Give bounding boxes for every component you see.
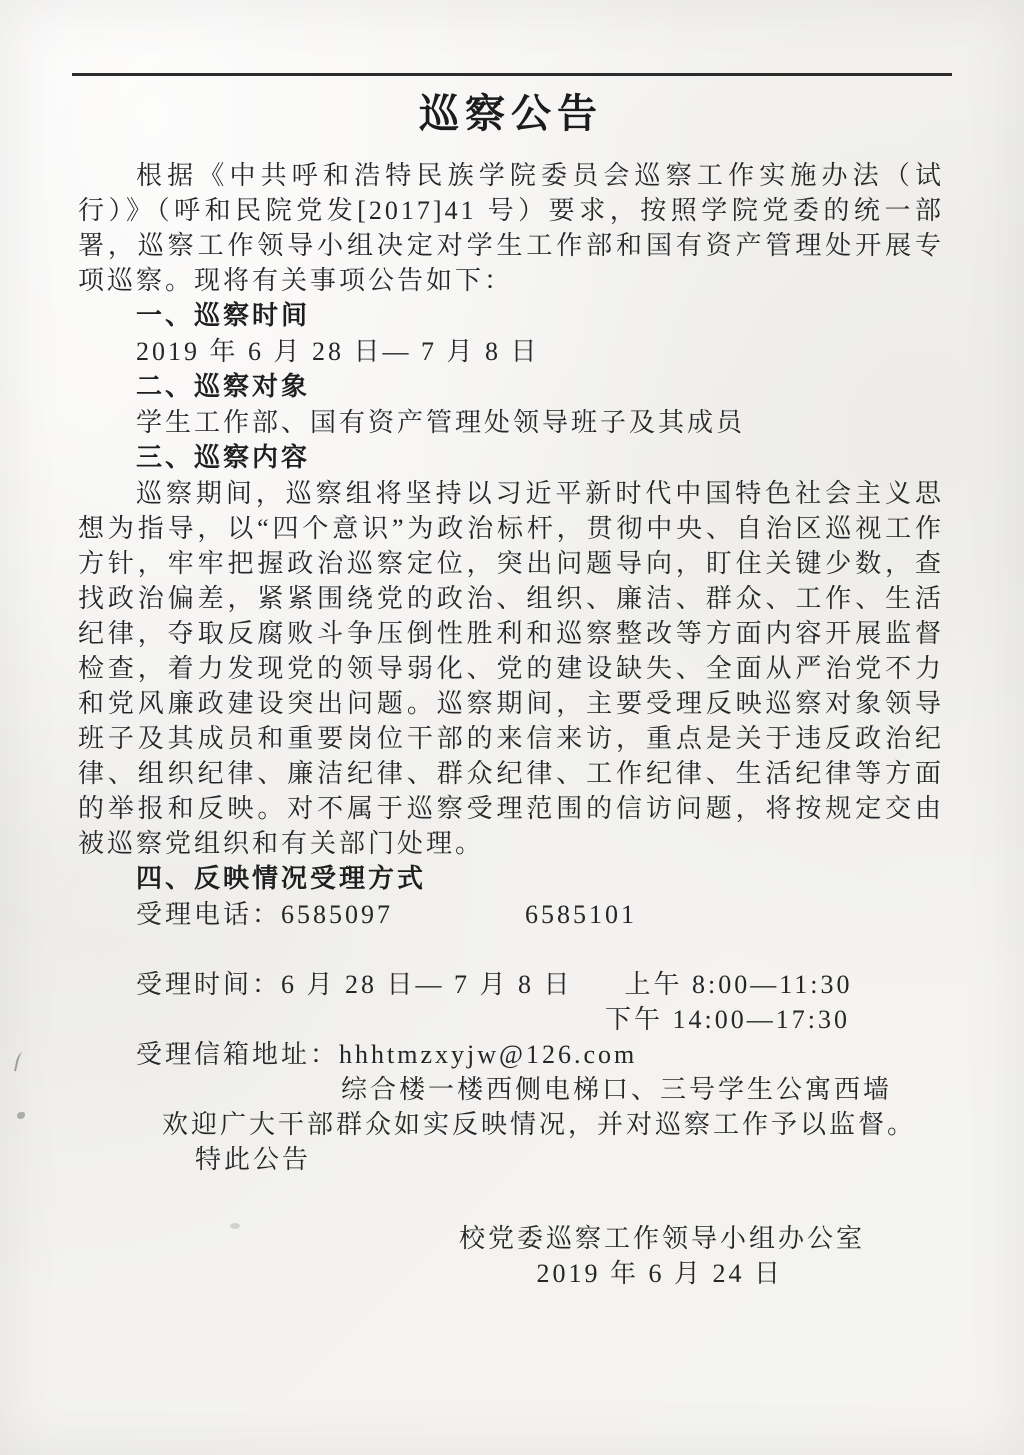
signature-date: 2019 年 6 月 24 日 <box>78 1256 944 1291</box>
email-address: hhhtmzxyjw@126.com <box>339 1040 637 1069</box>
inspection-target: 学生工作部、国有资产管理处领导班子及其成员 <box>78 405 944 440</box>
section-1-heading: 一、巡察时间 <box>78 298 944 334</box>
phone-number-1: 6585097 <box>281 900 393 929</box>
email-label: 受理信箱地址： <box>136 1040 339 1069</box>
section-4-heading: 四、反映情况受理方式 <box>78 861 944 897</box>
section-3-heading: 三、巡察内容 <box>78 440 944 476</box>
signature-office: 校党委巡察工作领导小组办公室 <box>78 1221 944 1256</box>
mailbox-location-line: 综合楼一楼西侧电梯口、三号学生公寓西墙 <box>78 1072 944 1107</box>
scanned-announcement-page: 巡察公告 根据《中共呼和浩特民族学院委员会巡察工作实施办法（试行）》（呼和民院党… <box>0 0 1024 1455</box>
phone-line: 受理电话：65850976585101 <box>78 897 944 932</box>
phone-label: 受理电话： <box>136 900 281 929</box>
time-morning: 上午 8:00—11:30 <box>625 970 853 999</box>
page-title: 巡察公告 <box>78 86 944 142</box>
intro-paragraph: 根据《中共呼和浩特民族学院委员会巡察工作实施办法（试行）》（呼和民院党发[201… <box>78 158 944 298</box>
section-2-heading: 二、巡察对象 <box>78 369 944 405</box>
notice-line: 特此公告 <box>78 1142 944 1177</box>
phone-number-2: 6585101 <box>525 900 637 929</box>
time-range: 6 月 28 日— 7 月 8 日 <box>281 970 573 999</box>
email-line: 受理信箱地址：hhhtmzxyjw@126.com <box>78 1037 944 1072</box>
time-label: 受理时间： <box>136 970 281 999</box>
inspection-content-paragraph: 巡察期间，巡察组将坚持以习近平新时代中国特色社会主义思想为指导，以“四个意识”为… <box>78 476 944 861</box>
welcome-line: 欢迎广大干部群众如实反映情况，并对巡察工作予以监督。 <box>78 1107 944 1142</box>
blank-line-gap <box>78 932 944 967</box>
document-content: 巡察公告 根据《中共呼和浩特民族学院委员会巡察工作实施办法（试行）》（呼和民院党… <box>0 0 1024 1291</box>
inspection-period: 2019 年 6 月 28 日— 7 月 8 日 <box>78 334 944 369</box>
scan-artifact-smudge <box>230 1223 240 1229</box>
signature-block: 校党委巡察工作领导小组办公室 2019 年 6 月 24 日 <box>78 1221 944 1291</box>
time-afternoon-line: 下午 14:00—17:30 <box>78 1002 944 1037</box>
time-line: 受理时间：6 月 28 日— 7 月 8 日上午 8:00—11:30 <box>78 967 944 1002</box>
